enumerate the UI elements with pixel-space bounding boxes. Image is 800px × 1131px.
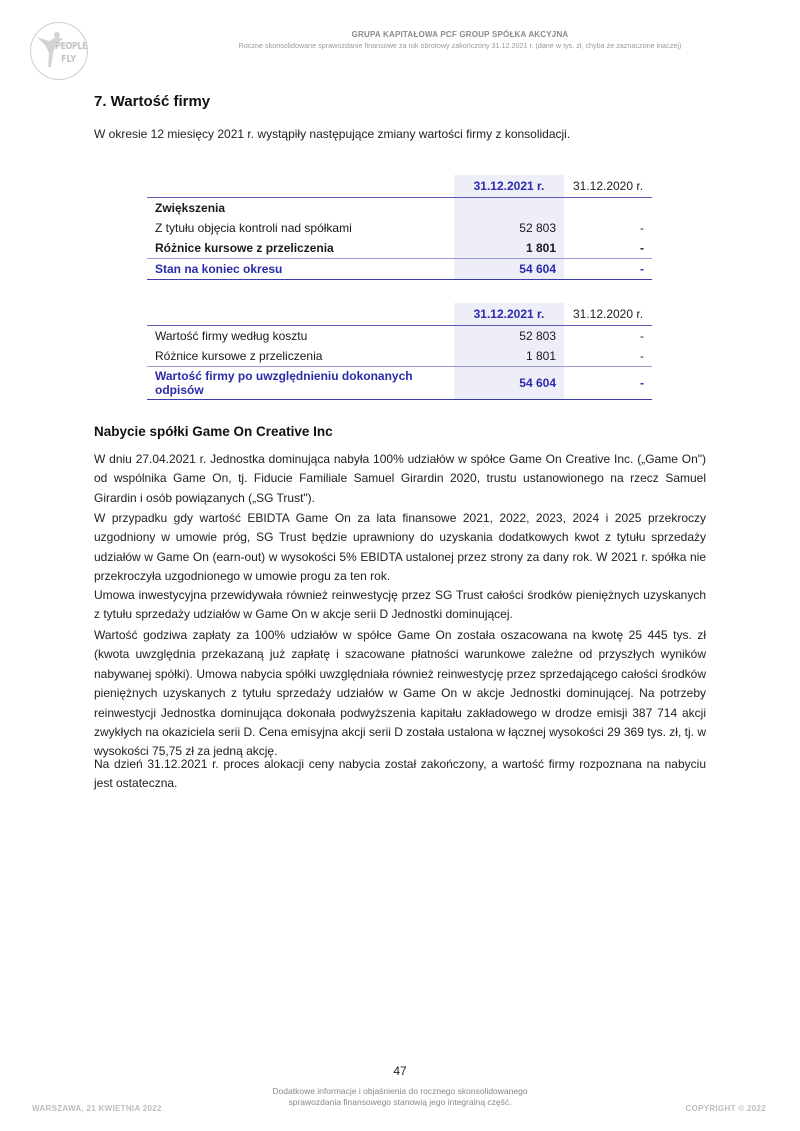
header-label: [147, 303, 454, 326]
header-2020: 31.12.2020 r.: [564, 303, 652, 326]
table-row: Z tytułu objęcia kontroli nad spółkami 5…: [147, 218, 652, 238]
table-row: Różnice kursowe z przeliczenia 1 801 -: [147, 346, 652, 367]
paragraph: Na dzień 31.12.2021 r. proces alokacji c…: [94, 755, 706, 794]
value-2020: -: [564, 346, 652, 367]
row-label: Wartość firmy po uwzględnieniu dokonanyc…: [147, 367, 454, 400]
table-row: Zwiększenia: [147, 198, 652, 219]
row-label: Zwiększenia: [147, 198, 454, 219]
table-header-row: 31.12.2021 r. 31.12.2020 r.: [147, 175, 652, 198]
goodwill-changes-table: 31.12.2021 r. 31.12.2020 r. Zwiększenia …: [147, 175, 652, 280]
row-label: Stan na koniec okresu: [147, 259, 454, 280]
paragraph: Wartość godziwa zapłaty za 100% udziałów…: [94, 626, 706, 762]
row-label: Różnice kursowe z przeliczenia: [147, 346, 454, 367]
value-2020: -: [564, 259, 652, 280]
value-2021: 54 604: [454, 259, 564, 280]
section-intro: W okresie 12 miesięcy 2021 r. wystąpiły …: [94, 127, 570, 141]
page-number: 47: [0, 1064, 800, 1078]
header-2021: 31.12.2021 r.: [454, 303, 564, 326]
table-row: Różnice kursowe z przeliczenia 1 801 -: [147, 238, 652, 259]
value-2020: -: [564, 238, 652, 259]
value-2021: 1 801: [454, 238, 564, 259]
logo-text-bottom: FLY: [61, 54, 76, 65]
value-2020: -: [564, 326, 652, 347]
footer-place-date: WARSZAWA, 21 KWIETNIA 2022: [32, 1104, 162, 1113]
paragraph: W przypadku gdy wartość EBIDTA Game On z…: [94, 509, 706, 587]
paragraph: W dniu 27.04.2021 r. Jednostka dominując…: [94, 450, 706, 508]
value-2021: 54 604: [454, 367, 564, 400]
total-row: Wartość firmy po uwzględnieniu dokonanyc…: [147, 367, 652, 400]
table-row: Wartość firmy według kosztu 52 803 -: [147, 326, 652, 347]
goodwill-value-table: 31.12.2021 r. 31.12.2020 r. Wartość firm…: [147, 303, 652, 400]
total-row: Stan na koniec okresu 54 604 -: [147, 259, 652, 280]
section-title: 7. Wartość firmy: [94, 93, 210, 110]
subsection-title: Nabycie spółki Game On Creative Inc: [94, 424, 333, 439]
company-name: GRUPA KAPITAŁOWA PCF GROUP SPÓŁKA AKCYJN…: [0, 30, 800, 39]
page-header: GRUPA KAPITAŁOWA PCF GROUP SPÓŁKA AKCYJN…: [0, 30, 800, 50]
row-label: Z tytułu objęcia kontroli nad spółkami: [147, 218, 454, 238]
header-label: [147, 175, 454, 198]
value-2020: [564, 198, 652, 219]
table-header-row: 31.12.2021 r. 31.12.2020 r.: [147, 303, 652, 326]
header-2021: 31.12.2021 r.: [454, 175, 564, 198]
paragraph: Umowa inwestycyjna przewidywała również …: [94, 586, 706, 625]
footer-note-line1: Dodatkowe informacje i objaśnienia do ro…: [0, 1086, 800, 1097]
row-label: Wartość firmy według kosztu: [147, 326, 454, 347]
footer-copyright: COPYRIGHT © 2022: [686, 1104, 767, 1113]
value-2021: [454, 198, 564, 219]
report-subtitle: Roczne skonsolidowane sprawozdanie finan…: [0, 41, 800, 50]
value-2020: -: [564, 367, 652, 400]
value-2021: 52 803: [454, 218, 564, 238]
value-2020: -: [564, 218, 652, 238]
value-2021: 52 803: [454, 326, 564, 347]
value-2021: 1 801: [454, 346, 564, 367]
header-2020: 31.12.2020 r.: [564, 175, 652, 198]
row-label: Różnice kursowe z przeliczenia: [147, 238, 454, 259]
